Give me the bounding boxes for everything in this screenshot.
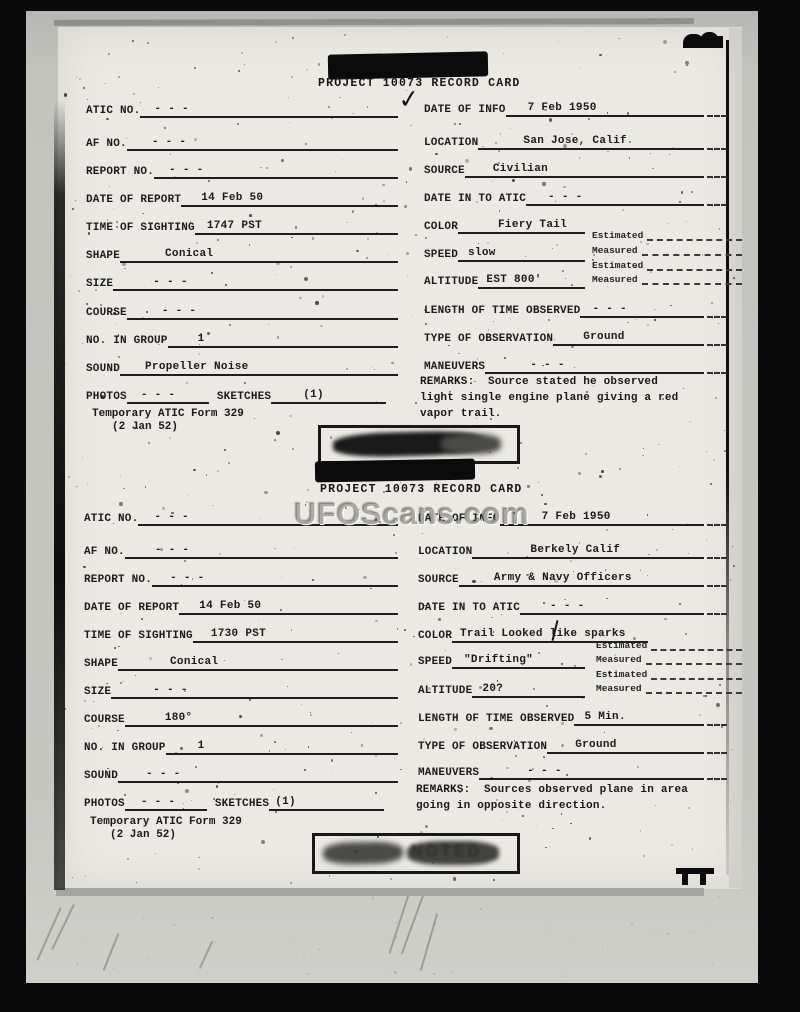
card2-remarks-line1: REMARKS: Sources observed plane in area [416, 784, 688, 796]
card2-field-report-no: REPORT NO. - - - [84, 570, 398, 587]
card1-field-no-in-group: NO. IN GROUP 1 [86, 331, 398, 348]
card2-field-date-in-to-atic: DATE IN TO ATIC - - - [418, 598, 727, 615]
ink-mark-bottom-right [676, 868, 714, 891]
card2-form-date: (2 Jan 52) [110, 829, 176, 841]
card2-measured-1: Measured [596, 652, 742, 665]
card2-field-date-of-report: DATE OF REPORT 14 Feb 50 [84, 598, 398, 615]
card1-measured-2: Measured [592, 272, 742, 285]
card1-field-speed: SPEED slow [424, 245, 585, 262]
card1-field-length-observed: LENGTH OF TIME OBSERVED - - - [424, 301, 727, 318]
card2-field-time-of-sighting: TIME OF SIGHTING 1730 PST [84, 626, 398, 643]
card1-field-shape: SHAPE Conical [86, 246, 398, 263]
card1-field-date-in-to-atic: DATE IN TO ATIC - - - [424, 189, 727, 206]
scanned-document-page: PROJECT 10073 RECORD CARD ✓ ATIC NO. - -… [0, 0, 800, 1012]
card2-measured-2: Measured [596, 681, 742, 694]
card1-field-report-no: REPORT NO. - - - [86, 162, 398, 179]
card1-field-size: SIZE - - - [86, 274, 398, 291]
card2-field-photos-sketches: PHOTOS - - - SKETCHES (1) [84, 794, 384, 811]
card1-field-date-of-info: DATE OF INFO 7 Feb 1950 [424, 100, 727, 117]
card1-remarks-line2: light single engine plane giving a red [420, 392, 678, 404]
card1-field-time-of-sighting: TIME OF SIGHTING 1747 PST [86, 218, 398, 235]
card1-remarks-line3: vapor trail. [420, 408, 502, 420]
card1-field-maneuvers: MANEUVERS - - - [424, 357, 727, 374]
card2-form-number: Temporary ATIC Form 329 [90, 816, 242, 828]
card2-field-sound: SOUND - - - [84, 766, 398, 783]
card2-field-type-of-observation: TYPE OF OBSERVATION Ground [418, 737, 727, 754]
card2-field-shape: SHAPE Conical [84, 654, 398, 671]
smudged-boxed-stamp-bottom: NOTED [312, 833, 520, 874]
card1-estimated-1: Estimated [592, 228, 742, 241]
card2-remarks-line2: going in opposite direction. [416, 800, 606, 812]
redacted-stamp [315, 459, 475, 483]
card2-field-no-in-group: NO. IN GROUP 1 [84, 738, 398, 755]
card1-field-type-of-observation: TYPE OF OBSERVATION Ground [424, 329, 727, 346]
card1-field-altitude: ALTITUDE EST 800' [424, 272, 585, 289]
smudged-boxed-stamp [318, 425, 520, 464]
redacted-stamp [328, 51, 488, 79]
sheet-right-shade [729, 28, 742, 888]
card1-field-color: COLOR Fiery Tail [424, 217, 585, 234]
card1-field-photos-sketches: PHOTOS - - - SKETCHES (1) [86, 387, 386, 404]
card1-field-date-of-report: DATE OF REPORT 14 Feb 50 [86, 190, 398, 207]
watermark: UFOScans.com [294, 496, 529, 532]
stamp-text: NOTED [411, 843, 482, 861]
card1-field-course: COURSE - - - [86, 303, 398, 320]
sheet-edge-shadow-bottom [56, 888, 704, 896]
card1-field-source: SOURCE Civilian [424, 161, 727, 178]
sheet-left-edge [54, 100, 65, 890]
card1-form-number: Temporary ATIC Form 329 [92, 408, 244, 420]
card2-field-length-observed: LENGTH OF TIME OBSERVED 5 Min. [418, 709, 727, 726]
card1-field-location: LOCATION San Jose, Calif [424, 133, 727, 150]
card2-field-altitude: ALTITUDE 20? [418, 681, 585, 698]
card1-remarks-line1: REMARKS: Source stated he observed [420, 376, 658, 388]
card2-field-maneuvers: MANEUVERS - - - [418, 763, 727, 780]
card1-measured-1: Measured [592, 243, 742, 256]
check-mark: ✓ [399, 85, 419, 116]
card1-field-atic-no: ATIC NO. - - - [86, 101, 398, 118]
card2-field-source: SOURCE Army & Navy Officers [418, 570, 727, 587]
card2-field-size: SIZE - - - [84, 682, 398, 699]
card1-title: PROJECT 10073 RECORD CARD [318, 77, 521, 90]
card2-field-af-no: AF NO. - - - [84, 542, 398, 559]
card1-field-sound: SOUND Propeller Noise [86, 359, 398, 376]
card2-field-speed: SPEED "Drifting" [418, 652, 585, 669]
card2-field-location: LOCATION Berkely Calif [418, 542, 727, 559]
card1-form-date: (2 Jan 52) [112, 421, 178, 433]
card1-field-af-no: AF NO. - - - [86, 134, 398, 151]
card2-title: PROJECT 10073 RECORD CARD [320, 483, 523, 496]
card2-field-course: COURSE 180° [84, 710, 398, 727]
ink-blot-top-right [683, 31, 725, 48]
